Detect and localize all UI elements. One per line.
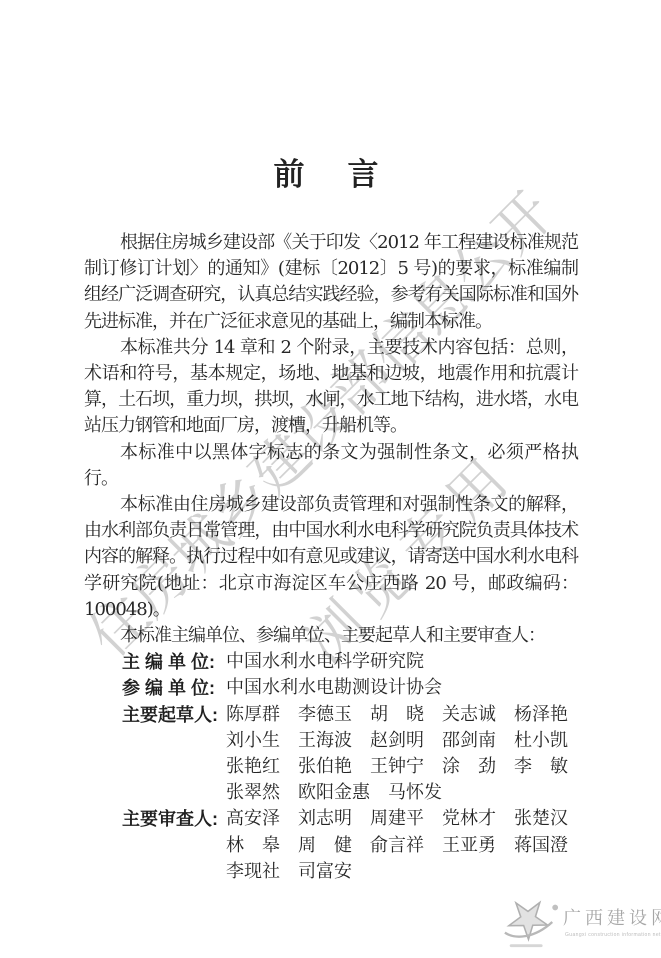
site-logo-name: 广西建设网	[563, 904, 661, 930]
star-swoosh-icon	[502, 893, 560, 951]
credit-names: 刘小生 王海波 赵剑明 邵剑南 杜小凯	[226, 728, 568, 754]
site-logo-tagline: Guangxi construction information network	[565, 932, 661, 938]
credit-label: 主要起草人:	[122, 702, 226, 728]
credit-names: 中国水利水电科学研究院	[226, 649, 424, 675]
credit-row-reviewers-1: 主要审查人: 高安泽 刘志明 周建平 党林才 张楚汉	[122, 806, 578, 832]
credit-label	[122, 833, 226, 859]
paragraph-credits-intro: 本标准主编单位、参编单位、主要起草人和主要审查人：	[84, 623, 578, 649]
credit-label: 参 编 单 位:	[122, 675, 226, 701]
document-page: 住房城乡建设部信息公开 浏览专用 前 言 根据住房城乡建设部《关于印发〈2012…	[0, 0, 661, 958]
credit-names: 高安泽 刘志明 周建平 党林才 张楚汉	[226, 806, 568, 832]
credit-row-participating-unit: 参 编 单 位: 中国水利水电勘测设计协会	[122, 675, 578, 701]
credit-label: 主要审查人:	[122, 806, 226, 832]
credit-row-chief-editing-unit: 主 编 单 位: 中国水利水电科学研究院	[122, 649, 578, 675]
credit-names: 李现社 司富安	[226, 859, 352, 885]
credit-label	[122, 859, 226, 885]
credit-names: 中国水利水电勘测设计协会	[226, 675, 442, 701]
paragraph-basis: 根据住房城乡建设部《关于印发〈2012 年工程建设标准规范制订修订计划〉的通知》…	[84, 230, 578, 335]
credit-row-reviewers-3: 李现社 司富安	[122, 859, 578, 885]
credit-row-reviewers-2: 林 皋 周 健 俞言祥 王亚勇 蒋国澄	[122, 833, 578, 859]
paragraph-administration: 本标准由住房城乡建设部负责管理和对强制性条文的解释，由水利部负责日常管理，由中国…	[84, 492, 578, 623]
credit-names: 张艳红 张伯艳 王钟宁 涂 劲 李 敏	[226, 754, 568, 780]
credit-row-drafters-4: 张翠然 欧阳金惠 马怀发	[122, 780, 578, 806]
paragraph-mandatory-clauses: 本标准中以黑体字标志的条文为强制性条文，必须严格执行。	[84, 440, 578, 492]
credit-row-drafters-2: 刘小生 王海波 赵剑明 邵剑南 杜小凯	[122, 728, 578, 754]
credit-label: 主 编 单 位:	[122, 649, 226, 675]
credit-names: 陈厚群 李德玉 胡 晓 关志诚 杨泽艳	[226, 702, 568, 728]
credit-names: 林 皋 周 健 俞言祥 王亚勇 蒋国澄	[226, 833, 568, 859]
credit-label	[122, 780, 226, 806]
paragraph-contents: 本标准共分 14 章和 2 个附录，主要技术内容包括：总则，术语和符号，基本规定…	[84, 335, 578, 440]
credit-names: 张翠然 欧阳金惠 马怀发	[226, 780, 442, 806]
credits-list: 主 编 单 位: 中国水利水电科学研究院 参 编 单 位: 中国水利水电勘测设计…	[122, 649, 578, 885]
credit-row-drafters-1: 主要起草人: 陈厚群 李德玉 胡 晓 关志诚 杨泽艳	[122, 702, 578, 728]
document-body: 根据住房城乡建设部《关于印发〈2012 年工程建设标准规范制订修订计划〉的通知》…	[84, 230, 578, 885]
site-logo: 广西建设网 Guangxi construction information n…	[502, 891, 657, 953]
credit-row-drafters-3: 张艳红 张伯艳 王钟宁 涂 劲 李 敏	[122, 754, 578, 780]
credit-label	[122, 754, 226, 780]
page-title: 前 言	[84, 157, 568, 193]
credit-label	[122, 728, 226, 754]
